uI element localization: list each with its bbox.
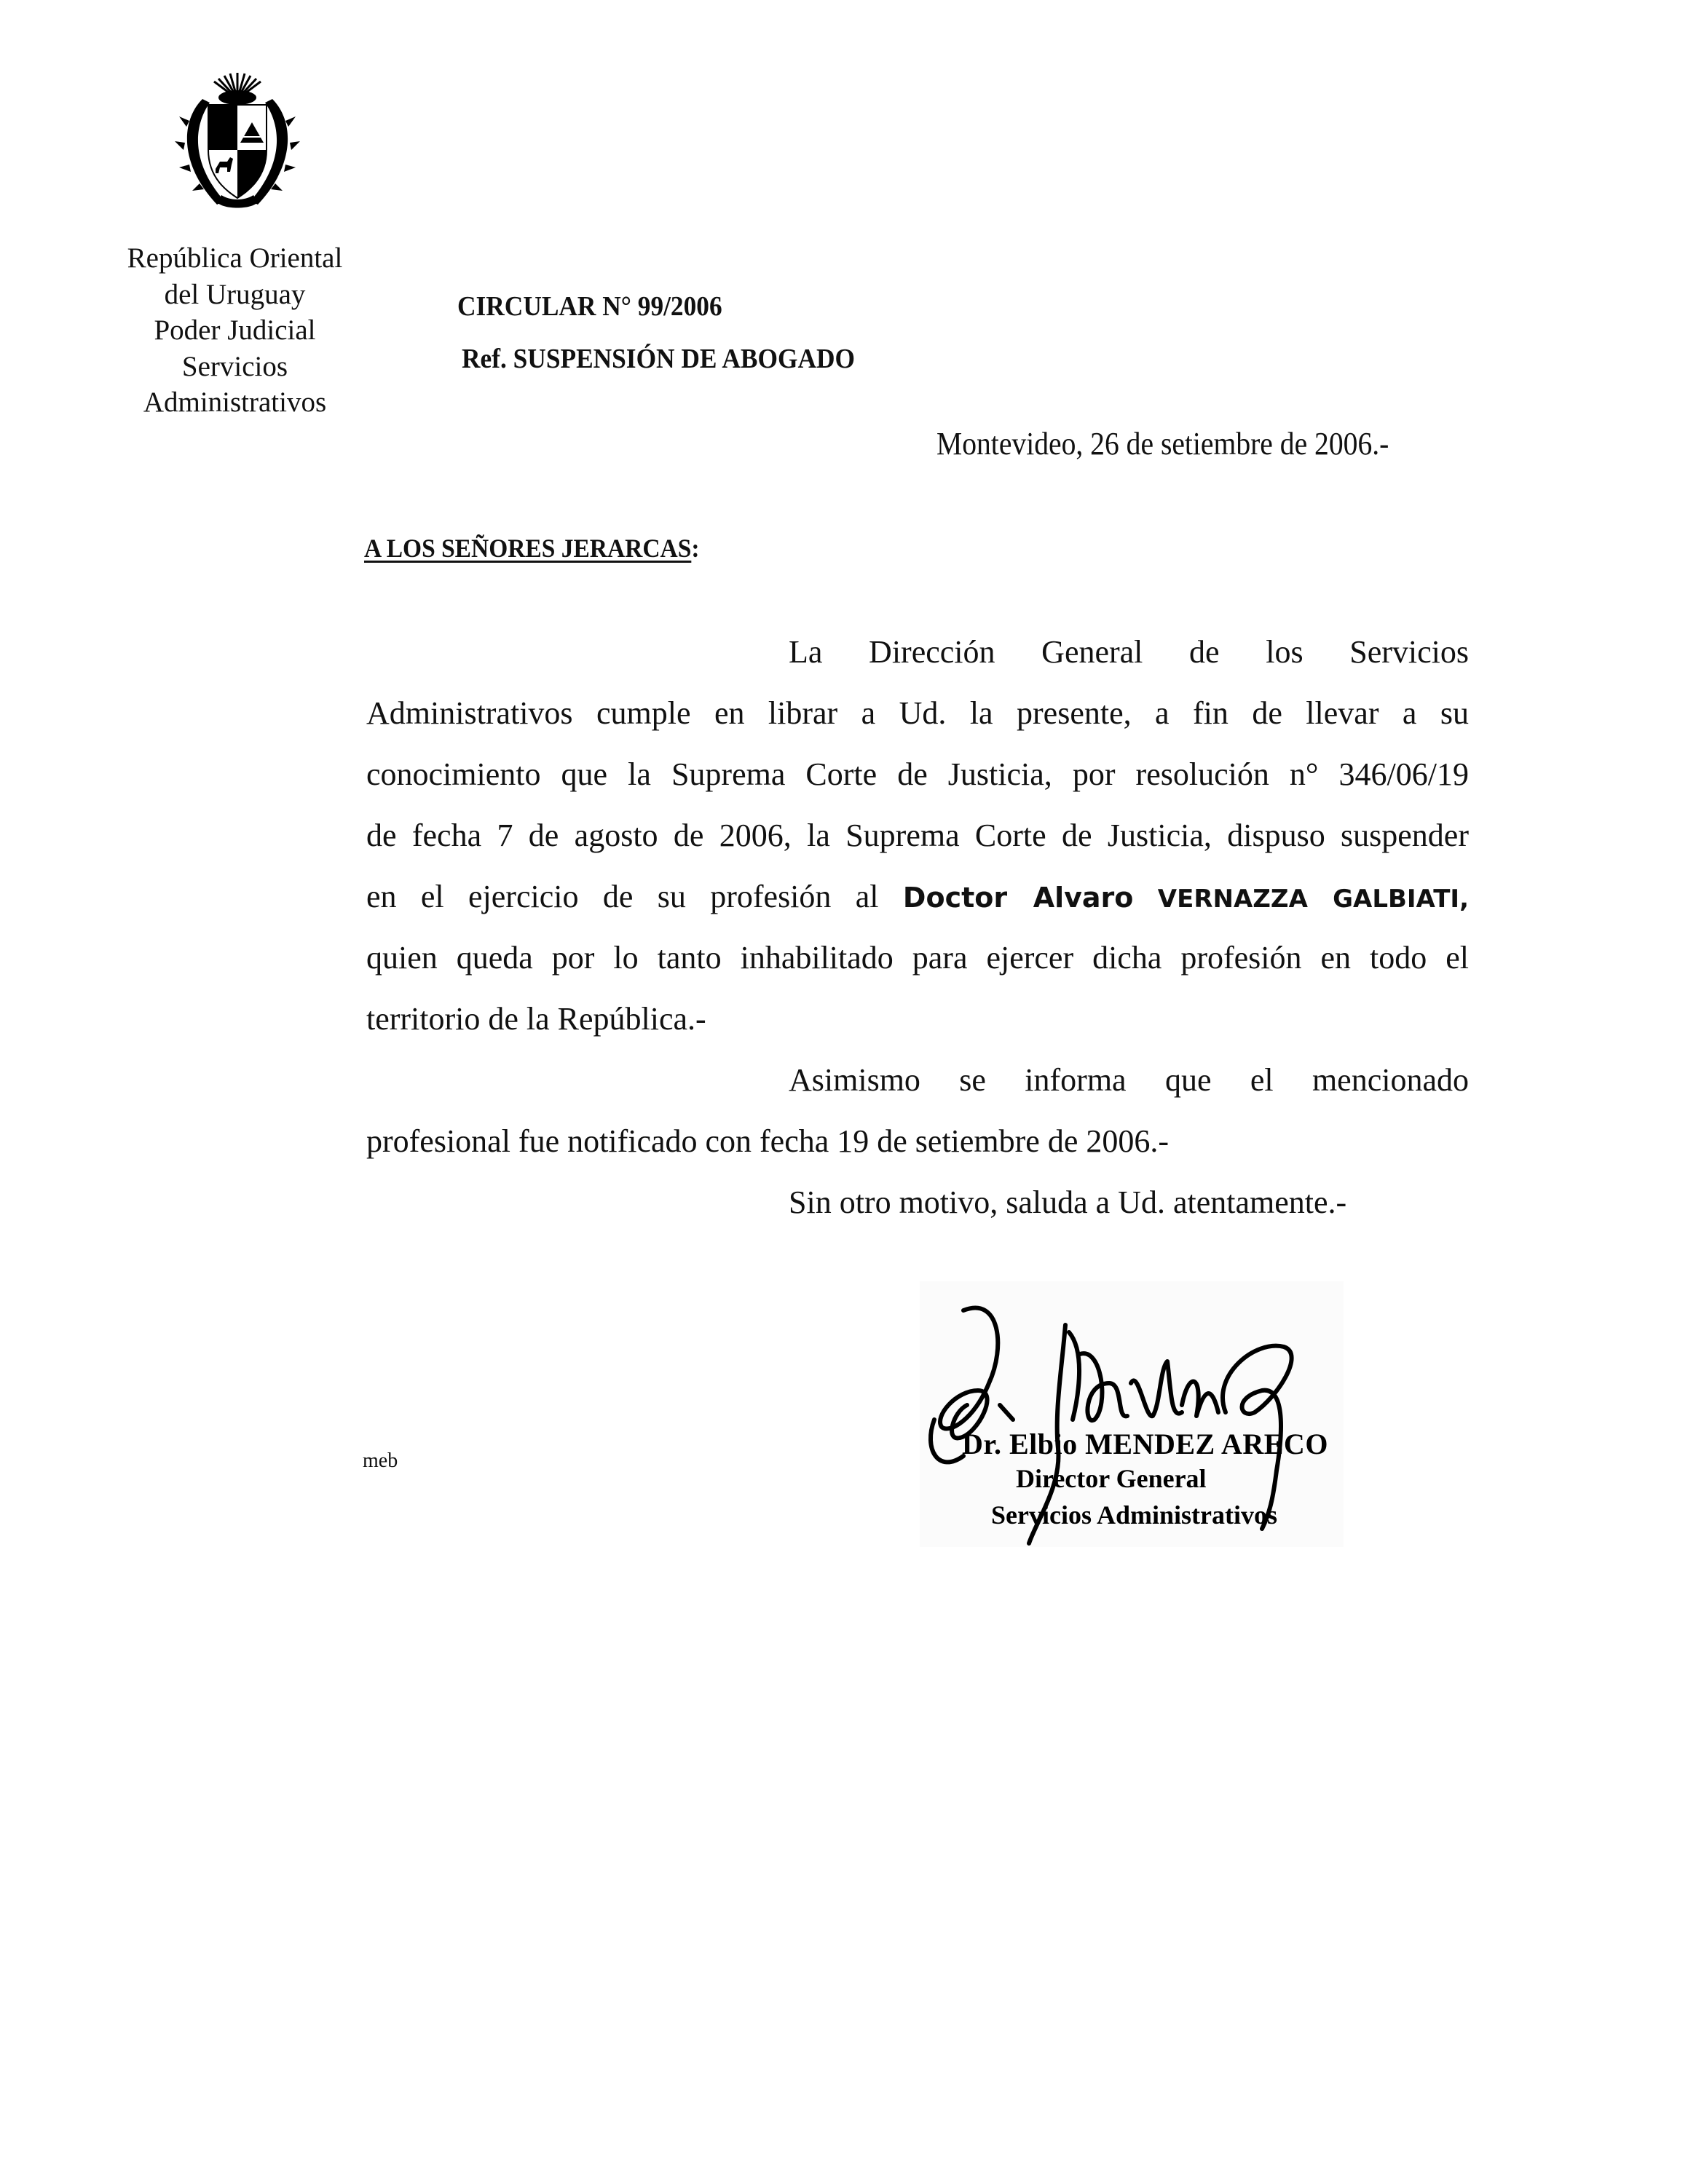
- salutation-text: A LOS SEÑORES JERARCAS: [364, 534, 691, 563]
- body-line-1: La Dirección General de los Servicios: [789, 633, 1469, 671]
- signatory-title: Director General: [1016, 1463, 1207, 1494]
- letterhead: República Oriental del Uruguay Poder Jud…: [95, 240, 375, 421]
- body-line-7: territorio de la República.-: [366, 1000, 1469, 1038]
- letterhead-line-4: Servicios: [95, 349, 375, 385]
- letterhead-line-2: del Uruguay: [95, 277, 375, 313]
- body-line-9: profesional fue notificado con fecha 19 …: [366, 1123, 1469, 1160]
- body-line-4: de fecha 7 de agosto de 2006, la Suprema…: [366, 817, 1469, 855]
- letterhead-line-3: Poder Judicial: [95, 312, 375, 349]
- letterhead-line-1: República Oriental: [95, 240, 375, 277]
- reference-subject: Ref. SUSPENSIÓN DE ABOGADO: [462, 342, 855, 376]
- body-line-3: conocimiento que la Suprema Corte de Jus…: [366, 756, 1469, 794]
- signature-block: Dr. Elbio MENDEZ ARECO Director General …: [920, 1281, 1344, 1547]
- coat-of-arms-icon: [173, 70, 301, 213]
- signatory-department: Servicios Administrativos: [991, 1500, 1277, 1530]
- body-line-8: Asimismo se informa que el mencionado: [789, 1061, 1469, 1099]
- document-date: Montevideo, 26 de setiembre de 2006.-: [936, 425, 1389, 463]
- circular-number: CIRCULAR N° 99/2006: [457, 290, 722, 323]
- lawyer-surname: VERNAZZA GALBIATI,: [1158, 885, 1469, 914]
- body-line-5-prefix: en el ejercicio de su profesión al: [366, 879, 903, 914]
- typist-initials: meb: [363, 1449, 398, 1473]
- body-line-5: en el ejercicio de su profesión al Docto…: [366, 878, 1469, 918]
- closing-line: Sin otro motivo, saluda a Ud. atentament…: [789, 1184, 1469, 1222]
- salutation-colon: :: [691, 534, 699, 563]
- signatory-name: Dr. Elbio MENDEZ ARECO: [962, 1427, 1328, 1461]
- lawyer-title: Doctor Alvaro: [903, 882, 1133, 914]
- salutation: A LOS SEÑORES JERARCAS:: [364, 532, 699, 564]
- body-line-2: Administrativos cumple en librar a Ud. l…: [366, 695, 1469, 732]
- letterhead-line-5: Administrativos: [95, 384, 375, 421]
- body-line-6: quien queda por lo tanto inhabilitado pa…: [366, 939, 1469, 977]
